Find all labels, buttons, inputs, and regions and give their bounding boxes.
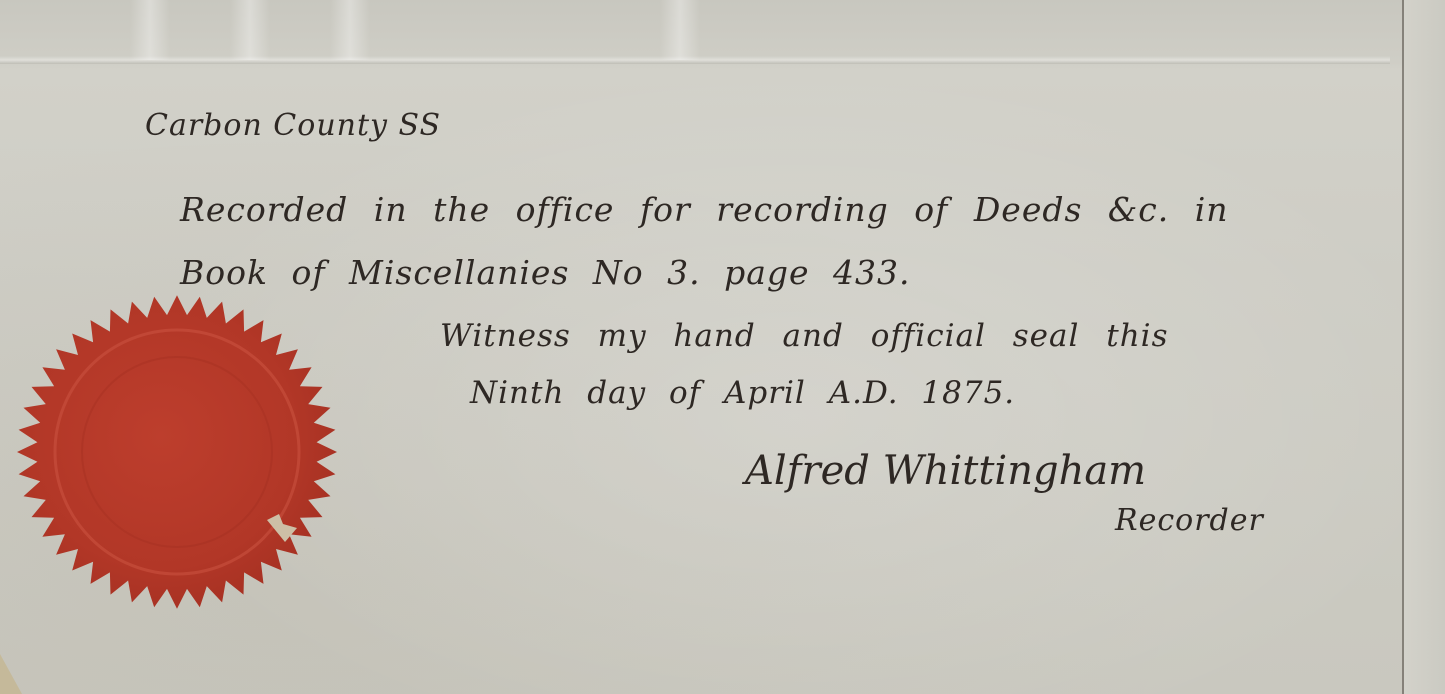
recorder-title: Recorder — [1115, 503, 1264, 538]
book-page-line: Book of Miscellanies No 3. page 433. — [180, 253, 911, 292]
county-heading: Carbon County SS — [145, 108, 441, 143]
wax-seal-icon — [15, 292, 345, 614]
corner-stain — [0, 654, 22, 694]
document-page: Carbon County SS Recorded in the office … — [0, 0, 1445, 694]
paper-fold-right — [1402, 0, 1404, 694]
date-line: Ninth day of April A.D. 1875. — [470, 375, 1015, 411]
recorder-signature: Alfred Whittingham — [745, 448, 1146, 494]
recorded-line: Recorded in the office for recording of … — [180, 190, 1229, 229]
seal-graphic — [15, 292, 345, 614]
witness-line: Witness my hand and official seal this — [440, 318, 1169, 354]
folded-paper-edge — [1404, 0, 1445, 694]
